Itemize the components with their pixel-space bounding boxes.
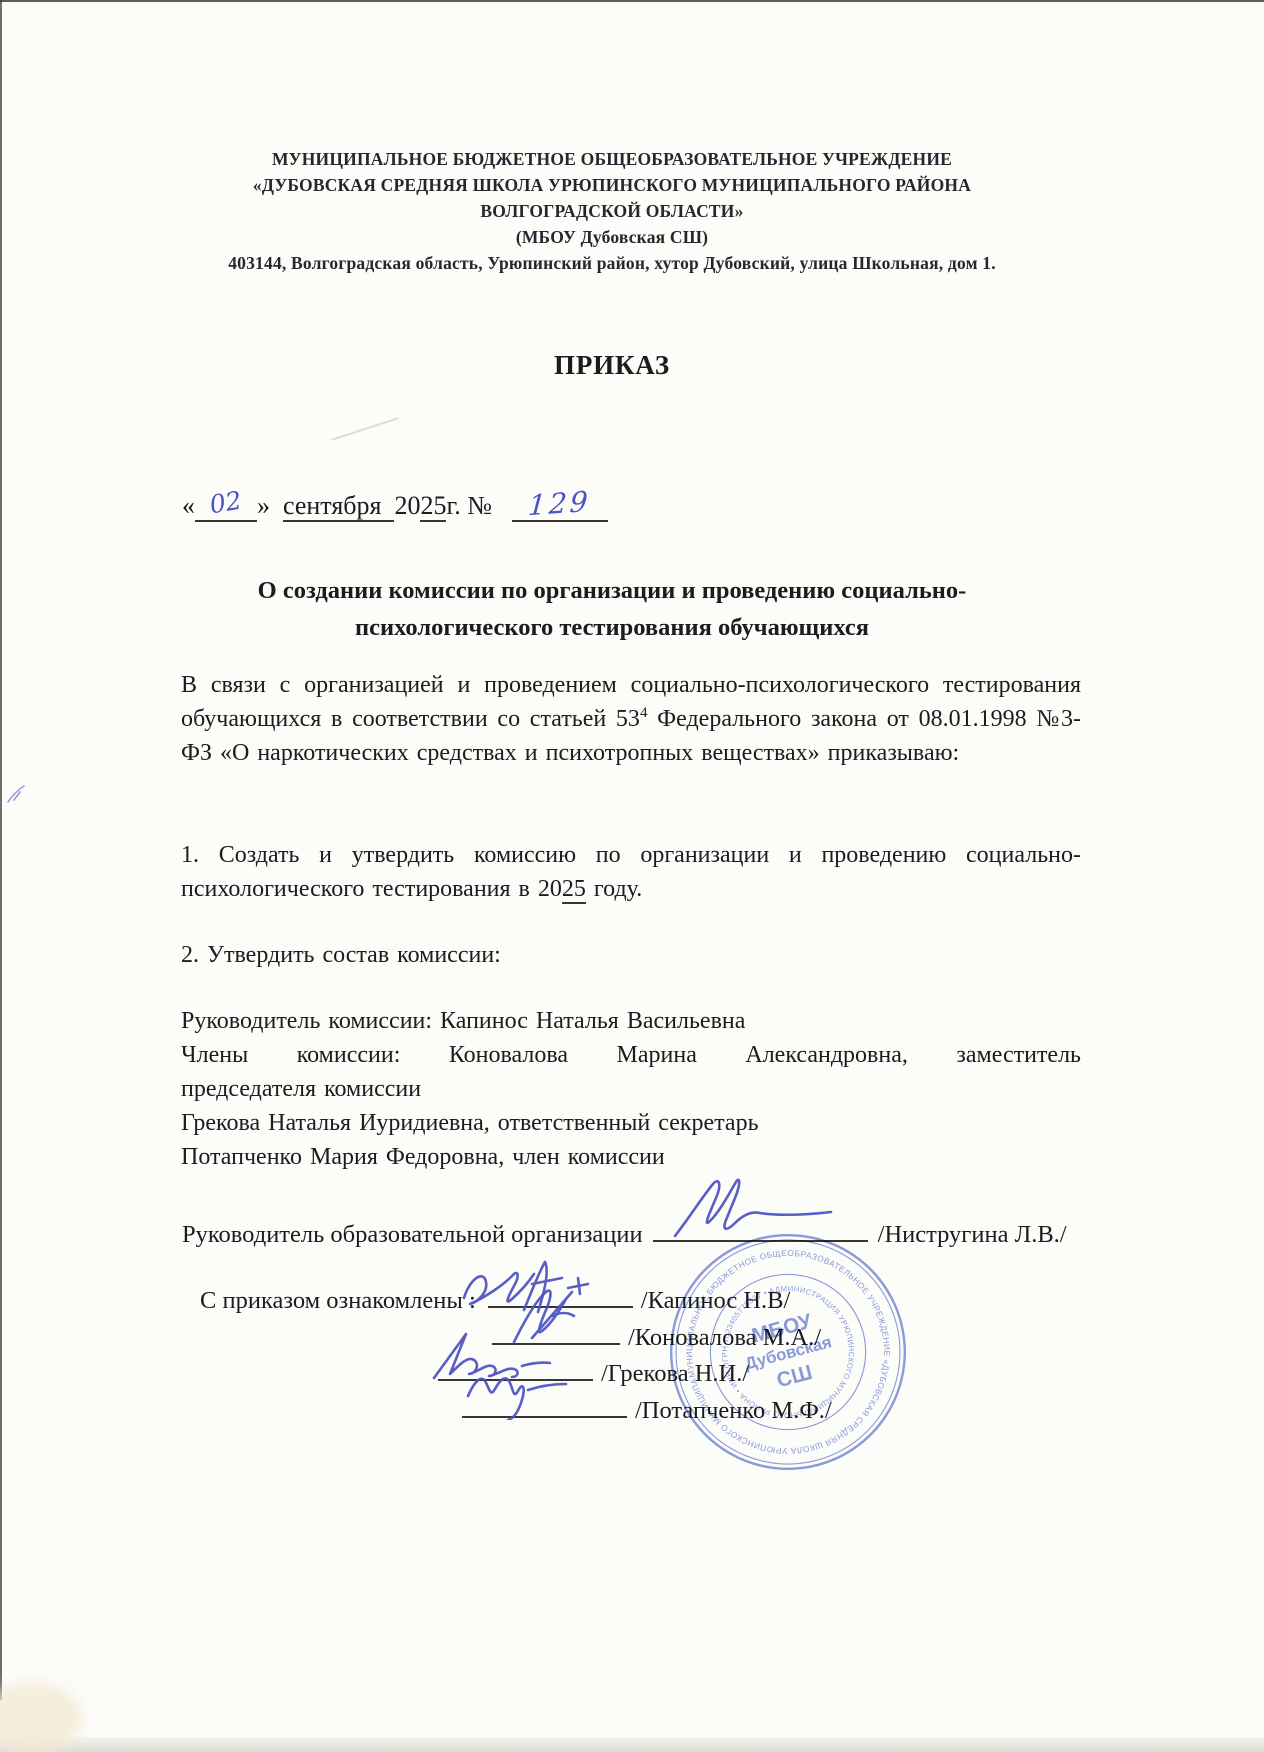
scan-edge-left: [0, 0, 2, 1700]
year-prefix: 20: [394, 491, 420, 520]
subject-line2: психологического тестирования обучающихс…: [355, 614, 869, 641]
order-item-2: 2. Утвердить состав комиссии:: [181, 938, 1081, 972]
org-name-line2: «ДУБОВСКАЯ СРЕДНЯЯ ШКОЛА УРЮПИНСКОГО МУН…: [182, 172, 1042, 198]
org-header: МУНИЦИПАЛЬНОЕ БЮДЖЕТНОЕ ОБЩЕОБРАЗОВАТЕЛЬ…: [182, 146, 1042, 276]
commission-composition: Руководитель комиссии: Капинос Наталья В…: [181, 1004, 1081, 1174]
intro-paragraph: В связи с организацией и проведением соц…: [181, 668, 1081, 770]
ack-line-4: [462, 1388, 627, 1418]
org-name-line1: МУНИЦИПАЛЬНОЕ БЮДЖЕТНОЕ ОБЩЕОБРАЗОВАТЕЛЬ…: [182, 146, 1042, 172]
org-address: 403144, Волгоградская область, Урюпински…: [182, 250, 1042, 276]
ack-row-3: /Грекова Н.И./: [438, 1351, 1100, 1388]
day-blank: 02: [195, 490, 257, 522]
director-signature-icon: [663, 1172, 843, 1250]
open-quote: «: [182, 491, 195, 520]
org-short-name: (МБОУ Дубовская СШ): [182, 224, 1042, 250]
scan-smudge: [0, 1682, 82, 1752]
item1-part2: году.: [586, 876, 642, 902]
ack-name-4: /Потапченко М.Ф./: [635, 1397, 832, 1425]
handwritten-day: 02: [208, 486, 244, 520]
director-label: Руководитель образовательной организации: [182, 1221, 643, 1249]
month-underlined: сентября: [283, 491, 381, 522]
month-tail-underline: [381, 491, 394, 522]
pencil-mark: [331, 417, 398, 441]
commission-member3: Потапченко Мария Федоровна, член комисси…: [181, 1140, 1081, 1174]
ack-name-3: /Грекова Н.И./: [601, 1360, 749, 1388]
director-name: /Нистругина Л.В./: [878, 1221, 1067, 1249]
item1-year-underlined: 25: [562, 876, 586, 904]
scan-edge-top: [0, 0, 1264, 2]
ack-name-1: /Капинос Н.В/: [641, 1287, 791, 1315]
ack-row-4: /Потапченко М.Ф./: [462, 1388, 1100, 1425]
year-g: г.: [446, 491, 460, 520]
ack-name-2: /Коновалова М.А./: [628, 1324, 821, 1352]
ack-row-1: С приказом ознакомлены : /Капинос Н.В/: [200, 1278, 1100, 1315]
close-quote: »: [257, 491, 270, 520]
number-sign: №: [467, 491, 492, 520]
ack-line-2: [492, 1315, 620, 1345]
handwritten-order-number: 129: [527, 485, 592, 523]
commission-members-line1: Члены комиссии: Коновалова Марина Алекса…: [181, 1038, 1081, 1072]
ack-line-1: [488, 1278, 633, 1308]
order-number-blank: 129: [512, 490, 608, 522]
commission-head: Руководитель комиссии: Капинос Наталья В…: [181, 1004, 1081, 1038]
ack-label: С приказом ознакомлены :: [200, 1287, 476, 1315]
org-name-line3: ВОЛГОГРАДСКОЙ ОБЛАСТИ»: [182, 198, 1042, 224]
order-subject: О создании комиссии по организации и про…: [182, 572, 1042, 646]
document-title: ПРИКАЗ: [182, 350, 1042, 381]
ack-line-3: [438, 1351, 593, 1381]
acknowledgment-block: С приказом ознакомлены : /Капинос Н.В/ /…: [200, 1278, 1100, 1424]
order-item-1: 1. Создать и утвердить комиссию по орган…: [181, 838, 1081, 906]
scanned-order-document: МУНИЦИПАЛЬНОЕ БЮДЖЕТНОЕ ОБЩЕОБРАЗОВАТЕЛЬ…: [0, 0, 1264, 1752]
commission-members-line2: председателя комиссии: [181, 1072, 1081, 1106]
director-signature-line: [653, 1212, 868, 1242]
scan-edge-bottom: [0, 1737, 1264, 1752]
ack-row-2: /Коновалова М.А./: [492, 1315, 1100, 1352]
year-suffix-underlined: 25: [420, 491, 446, 522]
pen-mark-icon: [4, 778, 34, 808]
commission-member2: Грекова Наталья Иуридиевна, ответственны…: [181, 1106, 1081, 1140]
director-signature-row: Руководитель образовательной организации…: [182, 1212, 1102, 1249]
date-number-line: «02» сентября 2025г. № 129: [182, 490, 608, 522]
subject-line1: О создании комиссии по организации и про…: [258, 577, 967, 604]
